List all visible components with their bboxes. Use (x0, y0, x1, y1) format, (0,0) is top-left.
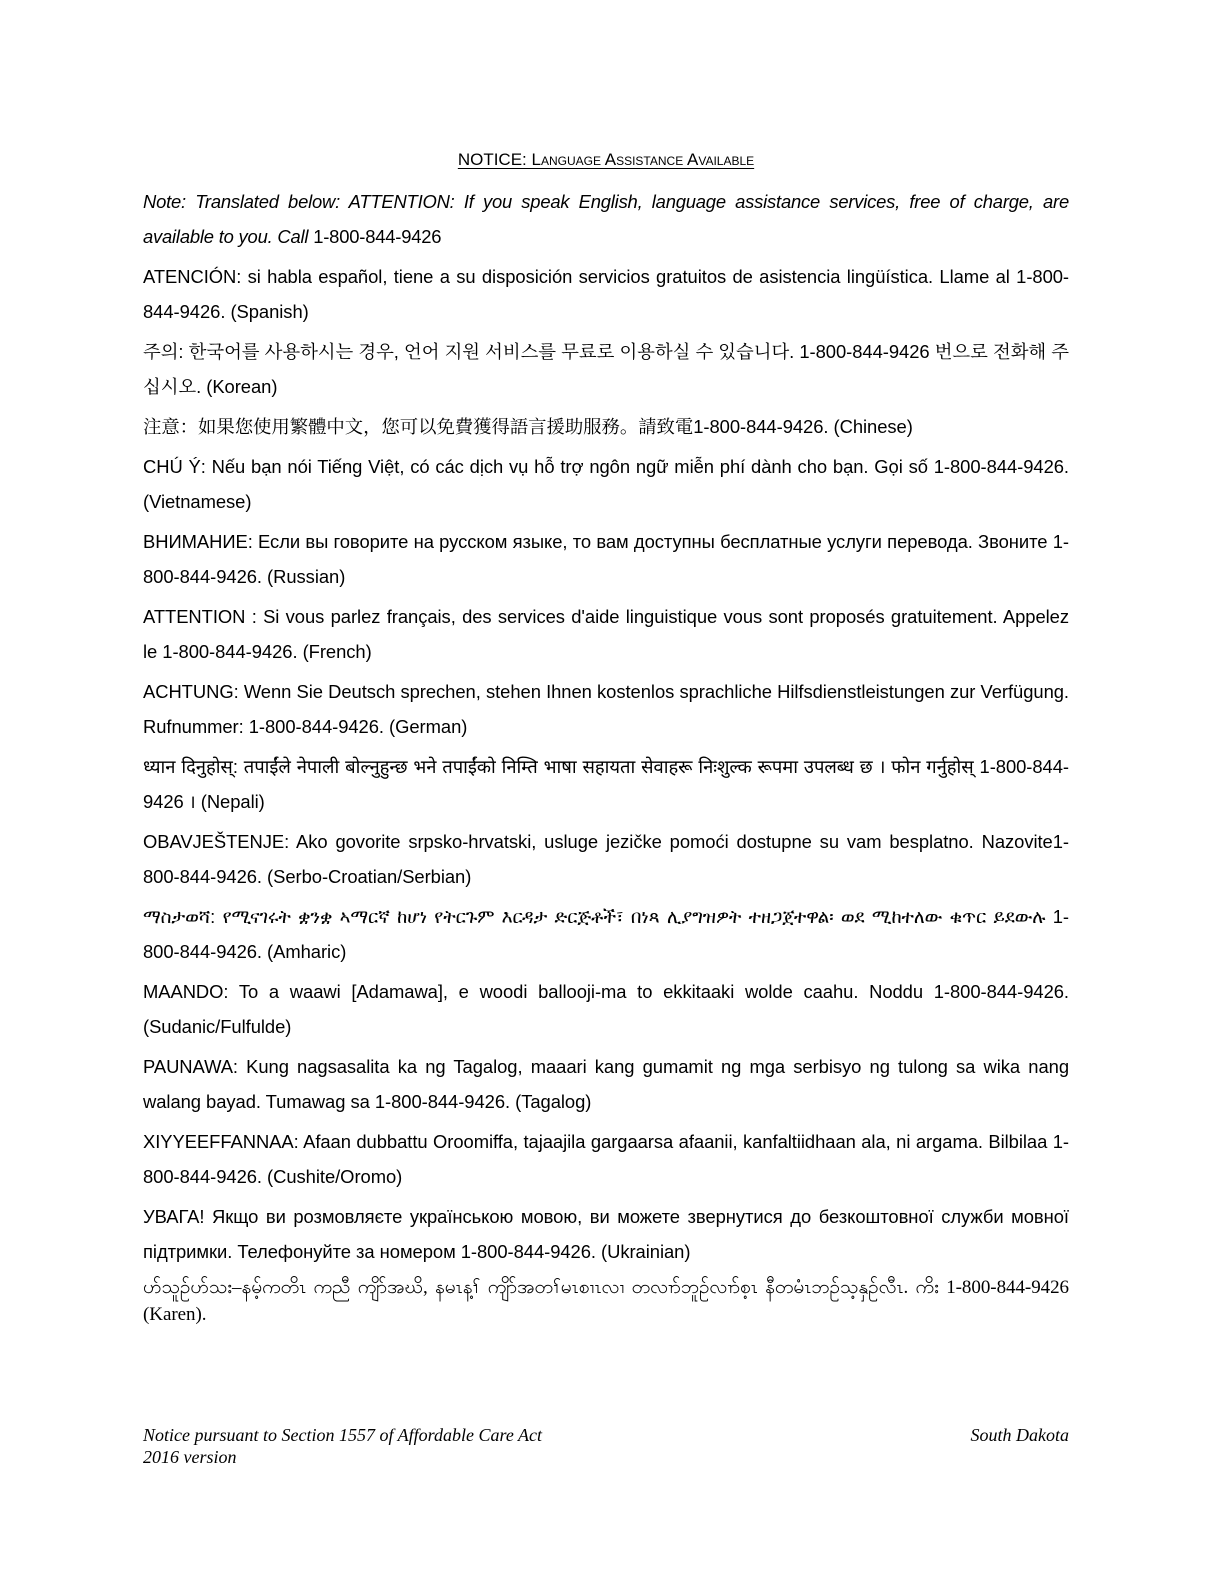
title-text: NOTICE: Language Assistance Available (458, 150, 754, 169)
footer-section-note: Notice pursuant to Section 1557 of Affor… (143, 1424, 1069, 1446)
notice-nepali: ध्यान दिनुहोस्: तपाईंले नेपाली बोल्नुहुन… (143, 749, 1069, 819)
notice-russian: ВНИМАНИЕ: Если вы говорите на русском яз… (143, 524, 1069, 594)
notice-serbo-croatian: OBAVJEŠTENJE: Ako govorite srpsko-hrvats… (143, 824, 1069, 894)
footer-state: South Dakota (971, 1424, 1070, 1446)
notice-fulfulde: MAANDO: To a waawi [Adamawa], e woodi ba… (143, 974, 1069, 1044)
notice-korean: 주의: 한국어를 사용하시는 경우, 언어 지원 서비스를 무료로 이용하실 수… (143, 334, 1069, 404)
page-footer: Notice pursuant to Section 1557 of Affor… (143, 1424, 1069, 1468)
notice-spanish: ATENCIÓN: si habla español, tiene a su d… (143, 259, 1069, 329)
intro-note: Note: Translated below: ATTENTION: If yo… (143, 184, 1069, 254)
notice-amharic: ማስታወሻ: የሚናገሩት ቋንቋ ኣማርኛ ከሆነ የትርጉም እርዳታ ድር… (143, 899, 1069, 969)
notice-list: Note: Translated below: ATTENTION: If yo… (143, 184, 1069, 1333)
intro-phone: 1-800-844-9426 (313, 226, 441, 247)
notice-vietnamese: CHÚ Ý: Nếu bạn nói Tiếng Việt, có các dị… (143, 449, 1069, 519)
page-title: NOTICE: Language Assistance Available (143, 148, 1069, 172)
notice-chinese: 注意：如果您使用繁體中文，您可以免費獲得語言援助服務。請致電1-800-844-… (143, 409, 1069, 444)
intro-text: Note: Translated below: ATTENTION: If yo… (143, 191, 1069, 247)
notice-karen: ဟ်သူဉ်ဟ်သး–နမ့်ကတိၤ ကညီ ကျိာ်အဃိ, နမၤန့ၢ… (143, 1274, 1069, 1328)
notice-french: ATTENTION : Si vous parlez français, des… (143, 599, 1069, 669)
notice-oromo: XIYYEEFFANNAA: Afaan dubbattu Oroomiffa,… (143, 1124, 1069, 1194)
notice-german: ACHTUNG: Wenn Sie Deutsch sprechen, steh… (143, 674, 1069, 744)
notice-tagalog: PAUNAWA: Kung nagsasalita ka ng Tagalog,… (143, 1049, 1069, 1119)
notice-ukrainian: УВАГА! Якщо ви розмовляєте українською м… (143, 1199, 1069, 1269)
footer-version: 2016 version (143, 1446, 1069, 1468)
